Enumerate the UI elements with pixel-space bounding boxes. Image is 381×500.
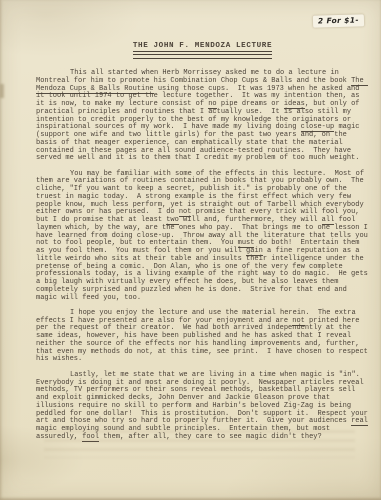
body-text: a fine reputation as a little weirdo who… <box>36 247 372 302</box>
underlined-text: fool <box>82 433 99 442</box>
handwritten-price-note: 2 For $1- <box>318 15 359 25</box>
body-text: them, after all, they care to see magic … <box>99 433 322 441</box>
paragraph: You may be familiar with some of the eff… <box>36 171 369 303</box>
body-text: Lastly, let me state that we are living … <box>36 371 372 426</box>
document-page: 2 For $1- THE JOHN F. MENDOZA LECTURE Th… <box>0 0 381 500</box>
title-wrap: THE JOHN F. MENDOZA LECTURE <box>126 34 279 59</box>
body-text: This all started when Herb Morrissey ask… <box>36 69 351 85</box>
edge-smudge <box>0 84 4 98</box>
underlined-text: real <box>351 417 368 426</box>
paragraph: This all started when Herb Morrissey ask… <box>36 70 369 163</box>
document-content: THE JOHN F. MENDOZA LECTURE This all sta… <box>36 34 369 449</box>
page-title: THE JOHN F. MENDOZA LECTURE <box>133 42 272 52</box>
price-sticker: 2 For $1- <box>313 14 364 27</box>
title-row: THE JOHN F. MENDOZA LECTURE <box>36 34 369 59</box>
paragraphs: This all started when Herb Morrissey ask… <box>36 70 369 442</box>
body-text: printed here per the request of their cr… <box>36 317 372 364</box>
paragraph: Lastly, let me state that we are living … <box>36 372 369 442</box>
title-double-rule <box>133 54 272 59</box>
paragraph: I hope you enjoy the lecture and use the… <box>36 310 369 364</box>
